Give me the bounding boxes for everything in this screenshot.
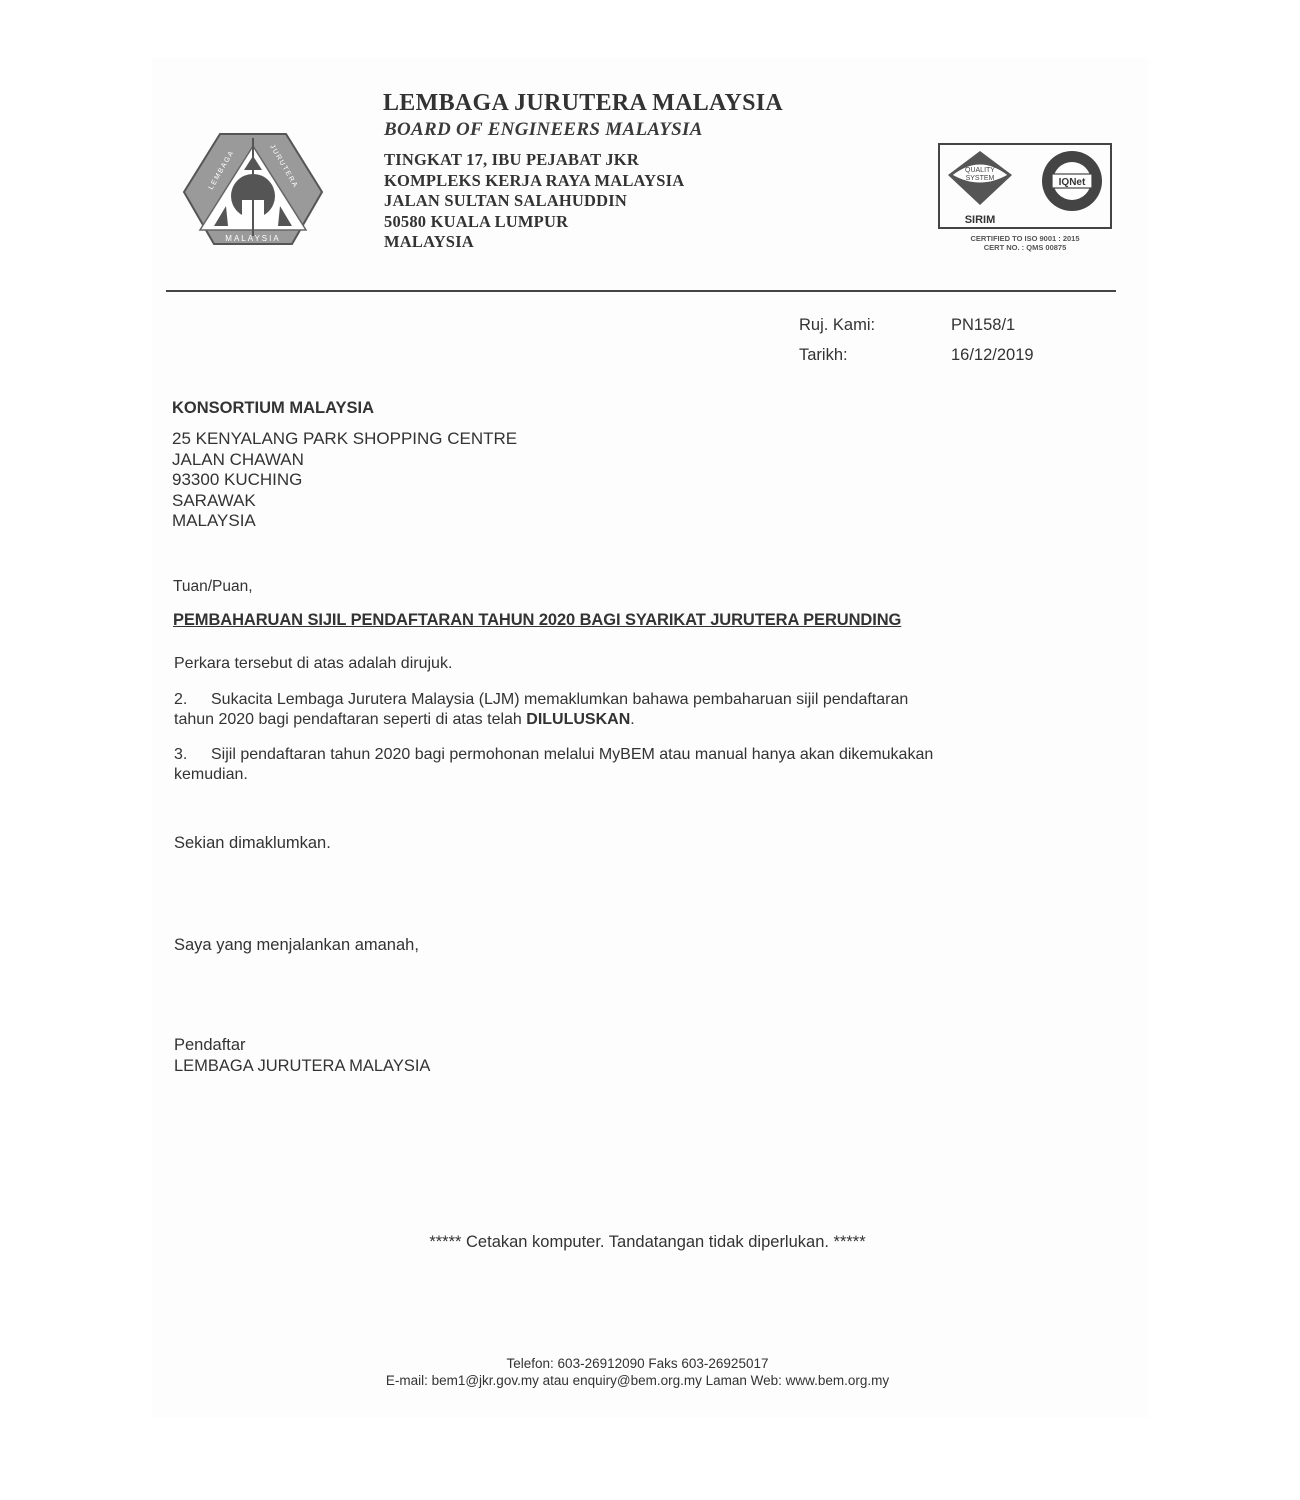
address-line: 25 KENYALANG PARK SHOPPING CENTRE <box>172 429 517 450</box>
paragraph-text: kemudian. <box>174 765 1104 785</box>
paragraph-number: 2. <box>174 690 211 710</box>
letter-footer: Telefon: 603-26912090 Faks 603-26925017 … <box>0 1355 1275 1389</box>
letterhead-address: TINGKAT 17, IBU PEJABAT JKR KOMPLEKS KER… <box>384 150 684 253</box>
paragraph-text: Sukacita Lembaga Jurutera Malaysia (LJM)… <box>211 691 908 708</box>
paragraph-1: Perkara tersebut di atas adalah dirujuk. <box>174 654 1104 674</box>
signatory-org: LEMBAGA JURUTERA MALAYSIA <box>174 1056 430 1077</box>
svg-text:MALAYSIA: MALAYSIA <box>225 234 280 243</box>
org-name-malay: LEMBAGA JURUTERA MALAYSIA <box>383 90 783 117</box>
approval-status: DILULUSKAN <box>526 711 630 728</box>
letter-subject: PEMBAHARUAN SIJIL PENDAFTARAN TAHUN 2020… <box>173 611 901 630</box>
recipient-name: KONSORTIUM MALAYSIA <box>172 399 374 418</box>
paragraph-text: Sijil pendaftaran tahun 2020 bagi permoh… <box>211 746 933 763</box>
certification-box: QUALITY SYSTEM SIRIM IQNet <box>938 143 1112 229</box>
sirim-quality-icon: QUALITY SYSTEM SIRIM <box>948 151 1012 226</box>
address-line: TINGKAT 17, IBU PEJABAT JKR <box>384 150 684 171</box>
address-line: MALAYSIA <box>172 511 517 532</box>
computer-print-notice: ***** Cetakan komputer. Tandatangan tida… <box>0 1233 1295 1252</box>
bem-emblem-icon: MALAYSIA LEMBAGA JURUTERA <box>182 130 324 248</box>
paragraph-text: tahun 2020 bagi pendaftaran seperti di a… <box>174 711 526 728</box>
letter-page <box>152 58 1148 1418</box>
cert-standard: CERTIFIED TO ISO 9001 : 2015 <box>940 234 1110 243</box>
paragraph-text: . <box>630 711 634 728</box>
recipient-address: 25 KENYALANG PARK SHOPPING CENTRE JALAN … <box>172 429 517 532</box>
footer-contact: E-mail: bem1@jkr.gov.my atau enquiry@bem… <box>0 1372 1275 1389</box>
signatory-title: Pendaftar <box>174 1035 430 1056</box>
reference-value: PN158/1 <box>951 316 1015 335</box>
closing-remark: Sekian dimaklumkan. <box>174 833 331 854</box>
address-line: JALAN CHAWAN <box>172 450 517 471</box>
paragraph-3: 3.Sijil pendaftaran tahun 2020 bagi perm… <box>174 745 1104 785</box>
address-line: 93300 KUCHING <box>172 470 517 491</box>
address-line: 50580 KUALA LUMPUR <box>384 212 684 233</box>
paragraph-2: 2.Sukacita Lembaga Jurutera Malaysia (LJ… <box>174 690 1104 730</box>
svg-text:IQNet: IQNet <box>1059 177 1086 188</box>
certification-caption: CERTIFIED TO ISO 9001 : 2015 CERT NO. : … <box>940 234 1110 252</box>
svg-text:QUALITY: QUALITY <box>965 167 995 174</box>
address-line: SARAWAK <box>172 491 517 512</box>
cert-number: CERT NO. : QMS 00875 <box>940 243 1110 252</box>
svg-text:SYSTEM: SYSTEM <box>966 175 995 182</box>
signoff: Saya yang menjalankan amanah, <box>174 935 419 956</box>
letterhead-divider <box>166 290 1116 292</box>
address-line: KOMPLEKS KERJA RAYA MALAYSIA <box>384 171 684 192</box>
iqnet-icon: IQNet <box>1042 151 1102 211</box>
address-line: MALAYSIA <box>384 232 684 253</box>
svg-text:SIRIM: SIRIM <box>965 214 996 226</box>
address-line: JALAN SULTAN SALAHUDDIN <box>384 191 684 212</box>
footer-phone: Telefon: 603-26912090 Faks 603-26925017 <box>0 1355 1275 1372</box>
salutation: Tuan/Puan, <box>173 578 253 596</box>
signatory: Pendaftar LEMBAGA JURUTERA MALAYSIA <box>174 1035 430 1076</box>
paragraph-number: 3. <box>174 745 211 765</box>
org-name-english: BOARD OF ENGINEERS MALAYSIA <box>384 119 703 141</box>
date-value: 16/12/2019 <box>951 346 1034 365</box>
date-label: Tarikh: <box>799 346 848 365</box>
reference-label: Ruj. Kami: <box>799 316 875 335</box>
